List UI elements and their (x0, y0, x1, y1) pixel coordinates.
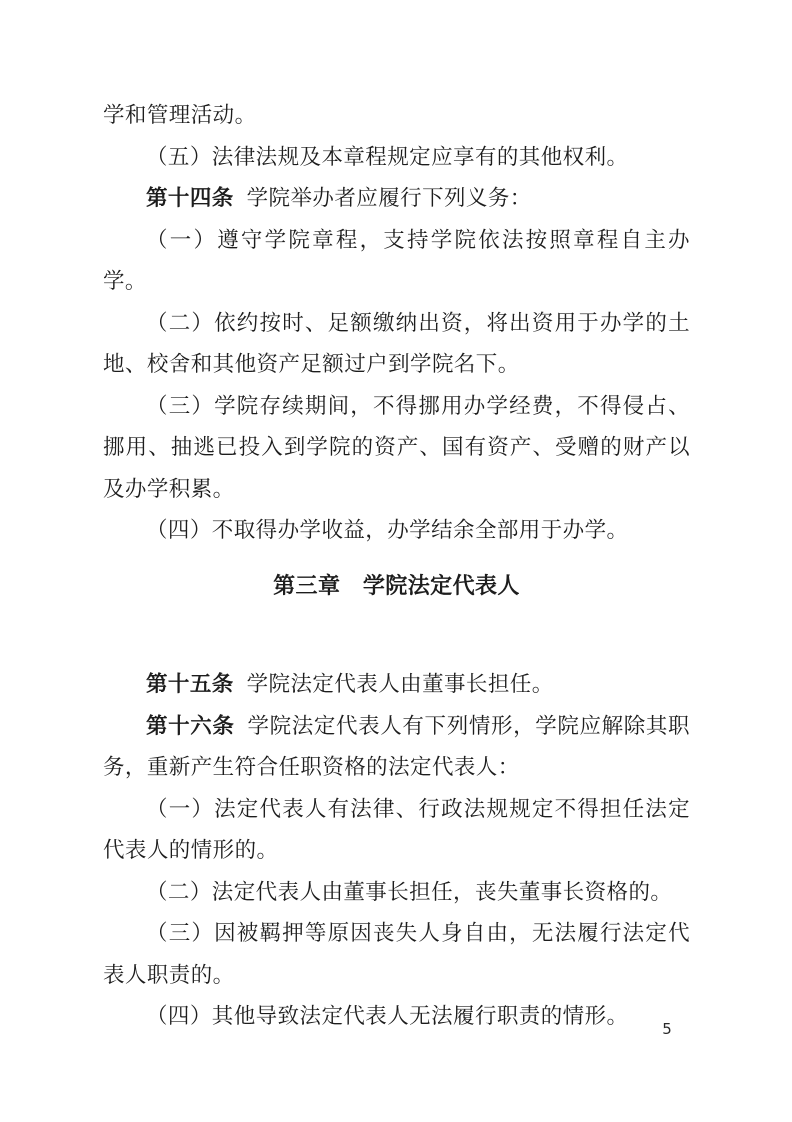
body-paragraph: （二）依约按时、足额缴纳出资，将出资用于办学的土地、校舍和其他资产足额过户到学院… (103, 303, 690, 386)
body-paragraph: （四）不取得办学收益，办学结余全部用于办学。 (103, 510, 690, 552)
body-paragraph: 学和管理活动。 (103, 95, 690, 137)
article-number-label: 第十六条 (146, 714, 235, 739)
chapter-heading: 第三章 学院法定代表人 (103, 566, 690, 608)
body-paragraph: （三）学院存续期间，不得挪用办学经费，不得侵占、挪用、抽逃已投入到学院的资产、国… (103, 386, 690, 511)
page-number: 5 (655, 1020, 679, 1038)
article-number-label: 第十五条 (146, 672, 234, 697)
body-paragraph: （二）法定代表人由董事长担任，丧失董事长资格的。 (103, 872, 690, 914)
body-paragraph: （三）因被羁押等原因丧失人身自由，无法履行法定代表人职责的。 (103, 913, 690, 996)
body-paragraph: （四）其他导致法定代表人无法履行职责的情形。 (103, 996, 690, 1038)
document-page: 学和管理活动。（五）法律法规及本章程规定应享有的其他权利。第十四条学院举办者应履… (0, 0, 792, 1122)
body-paragraph: （五）法律法规及本章程规定应享有的其他权利。 (103, 137, 690, 179)
article-paragraph: 第十四条学院举办者应履行下列义务： (103, 178, 690, 220)
document-body: 学和管理活动。（五）法律法规及本章程规定应享有的其他权利。第十四条学院举办者应履… (103, 95, 690, 1038)
article-paragraph: 第十六条学院法定代表人有下列情形，学院应解除其职务，重新产生符合任职资格的法定代… (103, 706, 690, 789)
body-paragraph: （一）遵守学院章程，支持学院依法按照章程自主办学。 (103, 220, 690, 303)
article-paragraph: 第十五条学院法定代表人由董事长担任。 (103, 664, 690, 706)
article-text: 学院法定代表人由董事长担任。 (247, 672, 554, 697)
body-paragraph: （一）法定代表人有法律、行政法规规定不得担任法定代表人的情形的。 (103, 789, 690, 872)
article-number-label: 第十四条 (146, 186, 234, 211)
article-text: 学院举办者应履行下列义务： (247, 186, 532, 211)
